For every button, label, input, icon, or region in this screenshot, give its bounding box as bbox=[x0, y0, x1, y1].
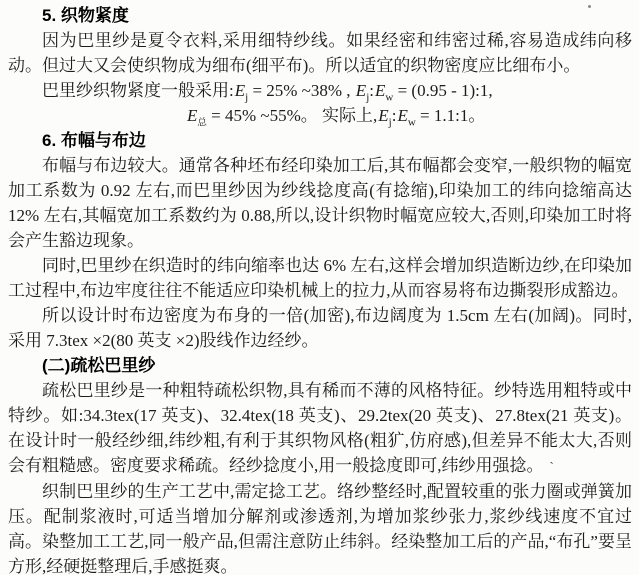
formula-intro-text: 巴里纱织物紧度一般采用: bbox=[42, 81, 234, 100]
variable-E: E bbox=[396, 106, 407, 125]
section-heading-loose-voile: (二)疏松巴里纱 bbox=[8, 353, 632, 378]
paragraph-width-shrinkage: 布幅与布边较大。通常各种坯布经印染加工后,其布幅都会变窄,一般织物的幅宽加工系数… bbox=[8, 153, 632, 253]
formula-line-1: 巴里纱织物紧度一般采用:Ej = 25% ~38% , Ej:Ew = (0.9… bbox=[8, 78, 632, 103]
document-page: 5. 织物紧度 因为巴里纱是夏令衣料,采用细特纱线。如果经密和纬密过稀,容易造成… bbox=[0, 0, 639, 575]
scan-speck bbox=[588, 5, 591, 8]
formula-actually-text: 实际上, bbox=[322, 106, 377, 125]
variable-E: E bbox=[374, 81, 385, 100]
section-heading-fabric-tightness: 5. 织物紧度 bbox=[8, 3, 632, 28]
variable-E: E bbox=[234, 81, 245, 100]
formula-eq1: = 25% ~38% , bbox=[248, 81, 355, 100]
formula-line-2: E总 = 45% ~55%。 实际上,Ej:Ew = 1.1:1。 bbox=[186, 103, 632, 128]
scan-artifact-mark: ˋ bbox=[544, 459, 554, 474]
paragraph-selvage-design: 所以设计时布边密度为布身的一倍(加密),布边阔度为 1.5cm 左右(加阔)。同… bbox=[8, 303, 632, 353]
variable-E: E bbox=[186, 106, 197, 125]
subscript-w: w bbox=[408, 116, 416, 128]
paragraph-production-process: 织制巴里纱的生产工艺中,需定捻工艺。络纱整经时,配置较重的张力圈或弹簧加压。配制… bbox=[8, 479, 632, 575]
formula-eq3: = 45% ~55%。 bbox=[207, 106, 322, 125]
loose-voile-specs-text: 疏松巴里纱是一种粗特疏松织物,具有稀而不薄的风格特征。纱特选用粗特或中特纱。如:… bbox=[8, 381, 632, 475]
formula-eq4: = 1.1:1。 bbox=[416, 106, 486, 125]
subscript-total: 总 bbox=[197, 118, 207, 128]
paragraph-selvage-breakage: 同时,巴里纱在织造时的纬向缩率也达 6% 左右,这样会增加织造断边纱,在印染加工… bbox=[8, 253, 632, 303]
variable-E: E bbox=[355, 81, 366, 100]
paragraph-loose-voile-specs: 疏松巴里纱是一种粗特疏松织物,具有稀而不薄的风格特征。纱特选用粗特或中特纱。如:… bbox=[8, 378, 632, 479]
section-heading-width-selvage: 6. 布幅与布边 bbox=[8, 128, 632, 153]
variable-E: E bbox=[377, 106, 388, 125]
formula-eq2: = (0.95 - 1):1, bbox=[393, 81, 492, 100]
paragraph-tightness-intro: 因为巴里纱是夏令衣料,采用细特纱线。如果经密和纬密过稀,容易造成纬向移动。但过大… bbox=[8, 28, 632, 78]
